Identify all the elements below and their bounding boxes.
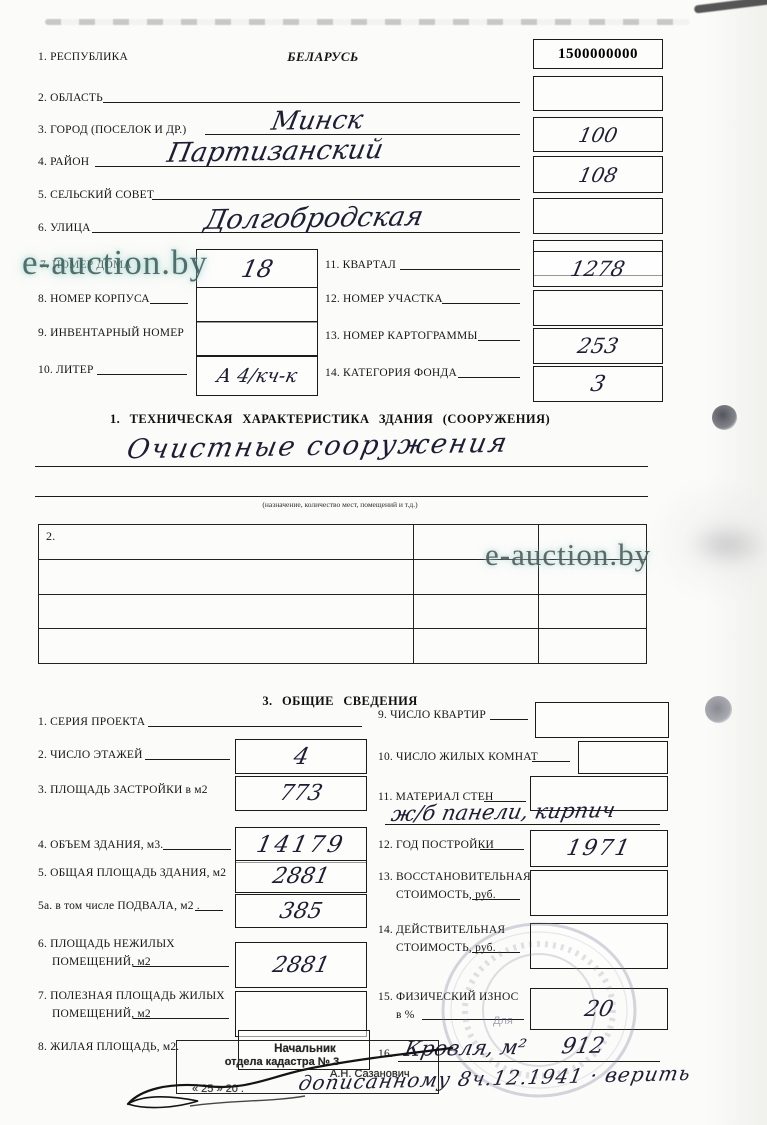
field-line-apartments	[490, 719, 528, 720]
section1-line1	[35, 466, 648, 467]
field-line-living-rooms	[532, 761, 570, 762]
scan-smudge	[688, 523, 767, 567]
value-box-liter: А 4/кч-к	[196, 356, 318, 396]
field-line-fund-category	[458, 377, 520, 378]
field-label-footprint-area: 3. ПЛОЩАДЬ ЗАСТРОЙКИ в м2	[38, 784, 208, 796]
section3-title: 3. ОБЩИЕ СВЕДЕНИЯ	[180, 694, 500, 709]
section2-row-label: 2.	[46, 529, 55, 544]
handwritten-house-number: 18	[239, 255, 275, 283]
value-box-cartogram: 253	[533, 328, 663, 364]
field-label-liter: 10. ЛИТЕР	[38, 364, 94, 376]
handwritten-floors: 4	[291, 744, 311, 770]
code-box-selsovet	[533, 198, 663, 234]
code-value-republic: 1500000000	[558, 46, 638, 63]
field-line-liter	[97, 374, 187, 375]
field-label-replacement-cost: 13. ВОССТАНОВИТЕЛЬНАЯ	[378, 871, 531, 883]
watermark-left: e-auction.by	[22, 243, 208, 283]
binder-hole-bottom	[705, 696, 732, 723]
field-label-kvartal: 11. КВАРТАЛ	[325, 259, 396, 271]
handwritten-basement-area: 385	[277, 899, 324, 924]
field-label-uchastok: 12. НОМЕР УЧАСТКА	[325, 293, 443, 305]
field-line-cartogram	[478, 340, 520, 341]
table-hline-3	[39, 628, 646, 629]
field-label-inventory: 9. ИНВЕНТАРНЫЙ НОМЕР	[38, 327, 184, 339]
field-line-nonresidential-area	[133, 966, 229, 967]
value-box-nonresidential-area: 2881	[235, 942, 367, 988]
scan-artifact-band	[45, 19, 690, 25]
field-label-total-area: 5. ОБЩАЯ ПЛОЩАДЬ ЗДАНИЯ, м2	[38, 867, 226, 879]
field-label-basement-area: 5а. в том числе ПОДВАЛА, м2 .	[38, 900, 200, 912]
value-box-inventory	[196, 321, 318, 356]
scanned-form-page: 1. РЕСПУБЛИКА БЕЛАРУСЬ 1500000000 2. ОБЛ…	[0, 0, 767, 1125]
handwritten-street: Долгобродская	[202, 201, 426, 236]
handwritten-building-type: Очистные сооружения	[124, 428, 511, 466]
handwritten-liter: А 4/кч-к	[215, 365, 300, 387]
field-line-selsovet	[152, 199, 520, 200]
handwritten-district-code: 108	[576, 163, 619, 187]
field-label-street: 6. УЛИЦА	[38, 222, 91, 234]
handwritten-build-year: 1971	[564, 836, 633, 861]
value-box-apartments	[535, 702, 669, 738]
handwritten-district: Партизанский	[165, 134, 386, 169]
value-box-build-year: 1971	[530, 830, 668, 867]
handwritten-building-volume: 14179	[254, 832, 348, 858]
field-label-selsovet: 5. СЕЛЬСКИЙ СОВЕТ	[38, 189, 154, 201]
section1-line2	[35, 496, 648, 497]
handwritten-nonresidential-area: 2881	[270, 953, 331, 978]
field-line-replacement-cost	[472, 899, 520, 900]
field-label-fund-category: 14. КАТЕГОРИЯ ФОНДА	[325, 367, 457, 379]
value-box-korpus	[196, 287, 318, 323]
signature-scrawl	[120, 1028, 460, 1113]
field-label-project-series: 1. СЕРИЯ ПРОЕКТА	[38, 716, 145, 728]
corner-mark	[694, 0, 767, 14]
field-label-district: 4. РАЙОН	[38, 156, 89, 168]
field-label-korpus: 8. НОМЕР КОРПУСА	[38, 293, 150, 305]
field-label-city: 3. ГОРОД (ПОСЕЛОК И ДР.)	[38, 124, 186, 136]
field-line-building-volume	[163, 849, 231, 850]
field-label-living-rooms: 10. ЧИСЛО ЖИЛЫХ КОМНАТ	[378, 751, 538, 763]
code-box-republic: 1500000000	[533, 39, 663, 69]
value-box-replacement-cost	[530, 870, 668, 916]
value-box-basement-area: 385	[235, 894, 367, 928]
value-box-uchastok	[533, 290, 663, 326]
handwritten-kvartal: 1278	[569, 257, 628, 281]
binder-hole-top	[712, 405, 737, 430]
field-label-floors: 2. ЧИСЛО ЭТАЖЕЙ	[38, 749, 143, 761]
field-line-project-series	[148, 726, 362, 727]
field-line-uchastok	[442, 303, 520, 304]
field-value-republic: БЕЛАРУСЬ	[238, 49, 408, 65]
handwritten-cartogram: 253	[575, 334, 620, 358]
field-line-floors	[145, 759, 230, 760]
handwritten-city-code: 100	[576, 123, 619, 147]
field-label-physical-wear-2: в %	[396, 1009, 415, 1021]
field-line-korpus	[150, 303, 188, 304]
value-box-footprint-area: 773	[235, 776, 367, 811]
section1-caption: (назначение, количество мест, помещений …	[40, 500, 640, 509]
field-label-cartogram: 13. НОМЕР КАРТОГРАММЫ	[325, 330, 478, 342]
round-stamp-inner-text: Для	[493, 1015, 513, 1027]
field-line-usable-area	[133, 1018, 229, 1019]
value-box-living-rooms	[578, 741, 668, 774]
code-box-oblast	[533, 76, 663, 111]
value-box-house-number: 18	[196, 249, 318, 288]
value-box-floors: 4	[235, 739, 367, 774]
field-line-oblast	[103, 102, 520, 103]
field-line-basement-area	[195, 910, 223, 911]
field-label-republic: 1. РЕСПУБЛИКА	[38, 51, 128, 63]
code-box-city: 100	[533, 117, 663, 152]
watermark-table: e-auction.by	[485, 537, 651, 573]
field-label-usable-area: 7. ПОЛЕЗНАЯ ПЛОЩАДЬ ЖИЛЫХ	[38, 990, 225, 1002]
field-label-oblast: 2. ОБЛАСТЬ	[38, 92, 103, 104]
value-box-building-volume: 14179	[235, 827, 367, 863]
field-label-build-year: 12. ГОД ПОСТРОЙКИ	[378, 839, 494, 851]
value-box-total-area: 2881	[235, 860, 367, 893]
value-box-kvartal: 1278	[533, 251, 663, 287]
field-line-build-year	[480, 849, 524, 850]
field-label-nonresidential-area: 6. ПЛОЩАДЬ НЕЖИЛЫХ	[38, 938, 175, 950]
field-label-building-volume: 4. ОБЪЕМ ЗДАНИЯ, м3.	[38, 839, 163, 851]
code-box-district: 108	[533, 156, 663, 193]
field-label-apartments: 9. ЧИСЛО КВАРТИР	[378, 709, 486, 721]
handwritten-wall-material: ж/б панели, кирпич	[389, 798, 617, 826]
field-line-kvartal	[400, 269, 520, 270]
handwritten-city: Минск	[269, 105, 366, 137]
round-stamp: Для	[437, 918, 642, 1108]
section1-title: 1. ТЕХНИЧЕСКАЯ ХАРАКТЕРИСТИКА ЗДАНИЯ (СО…	[40, 412, 620, 427]
handwritten-footprint-area: 773	[277, 781, 324, 806]
value-box-fund-category: 3	[533, 366, 663, 402]
handwritten-total-area: 2881	[270, 864, 331, 889]
table-hline-2	[39, 594, 646, 595]
handwritten-fund-category: 3	[588, 372, 607, 397]
field-line-wall-material-note	[385, 824, 660, 825]
